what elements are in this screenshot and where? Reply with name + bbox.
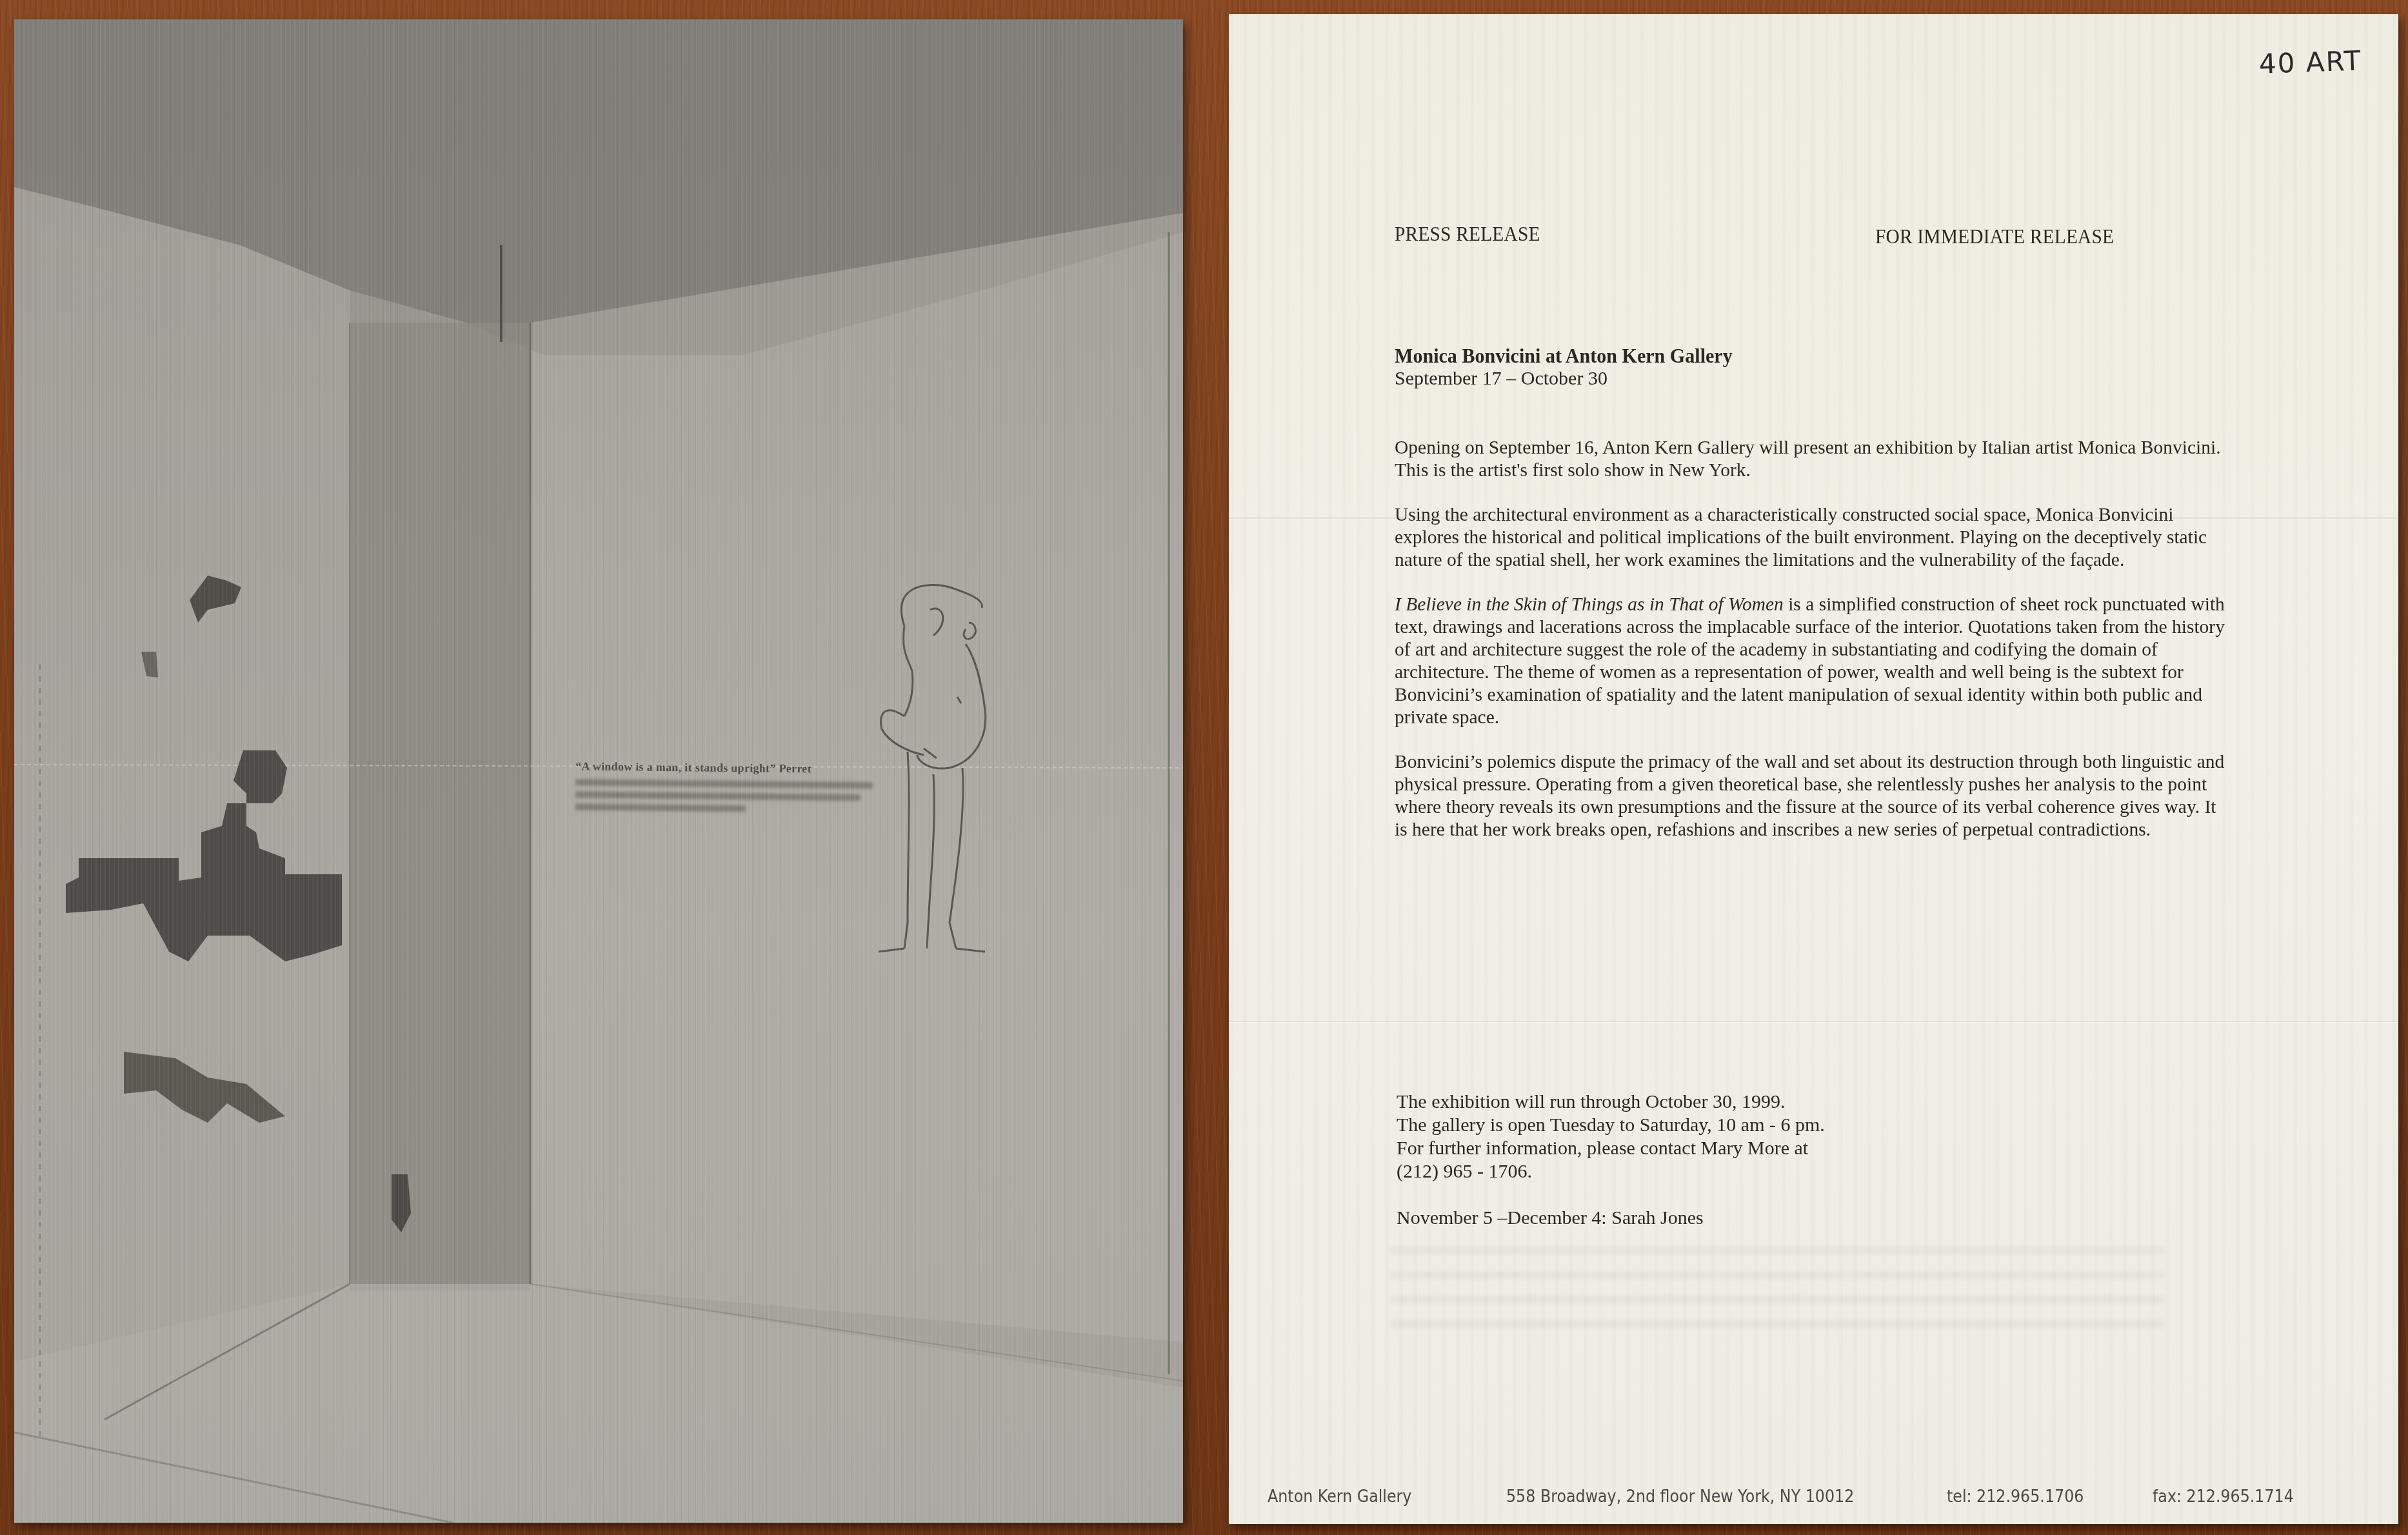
footer-tel: tel: 212.965.1706 xyxy=(1947,1487,2084,1507)
contact-line: For further information, please contact … xyxy=(1397,1137,1977,1160)
fold-line xyxy=(1229,1021,2398,1022)
wall-text-headline: “A window is a man, it stands upright” P… xyxy=(575,759,885,776)
press-release-sheet: 40 ART PRESS RELEASE FOR IMMEDIATE RELEA… xyxy=(1229,14,2398,1524)
artwork-title: I Believe in the Skin of Things as in Th… xyxy=(1395,594,1784,615)
wall-text: “A window is a man, it stands upright” P… xyxy=(575,759,886,813)
footer-fax: fax: 212.965.1714 xyxy=(2153,1487,2294,1507)
press-release-label: PRESS RELEASE xyxy=(1395,222,1540,246)
paragraph-polemics: Bonvicini’s polemics dispute the primacy… xyxy=(1395,751,2227,841)
exhibition-dates: September 17 – October 30 xyxy=(1395,368,1607,390)
opening-hours-line: The gallery is open Tuesday to Saturday,… xyxy=(1397,1114,1977,1137)
paragraph-artwork: I Believe in the Skin of Things as in Th… xyxy=(1395,594,2227,729)
wall-text-illegible-line xyxy=(575,791,861,801)
contact-phone-line: (212) 965 - 1706. xyxy=(1397,1160,1977,1183)
footer-gallery-name: Anton Kern Gallery xyxy=(1268,1487,1411,1507)
exhibition-info: The exhibition will run through October … xyxy=(1397,1090,1977,1230)
next-exhibition: November 5 –December 4: Sarah Jones xyxy=(1397,1207,1977,1230)
release-title: Monica Bonvicini at Anton Kern Gallery xyxy=(1395,345,1733,368)
handwritten-note: 40 ART xyxy=(2258,45,2362,80)
wall-text-illegible-line xyxy=(575,779,873,788)
immediate-release-label: FOR IMMEDIATE RELEASE xyxy=(1875,225,2114,248)
installation-photocopy: “A window is a man, it stands upright” P… xyxy=(14,19,1183,1523)
footer-address: 558 Broadway, 2nd floor New York, NY 100… xyxy=(1506,1487,1854,1507)
paragraph-architecture: Using the architectural environment as a… xyxy=(1395,504,2227,572)
release-body: Opening on September 16, Anton Kern Gall… xyxy=(1395,437,2227,863)
paragraph-opening: Opening on September 16, Anton Kern Gall… xyxy=(1395,437,2227,482)
show-through-text xyxy=(1390,1247,2164,1337)
run-dates-line: The exhibition will run through October … xyxy=(1397,1090,1977,1114)
